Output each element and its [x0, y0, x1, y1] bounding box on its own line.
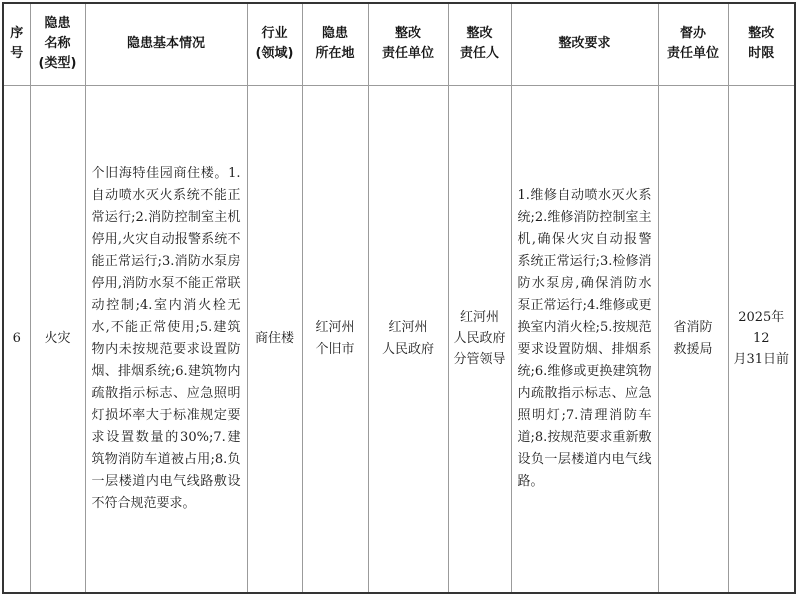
cell-hazard-location: 红河州 个旧市: [302, 85, 368, 593]
cell-serial-number: 6: [3, 85, 30, 593]
header-industry-field: 行业 (领域): [247, 3, 302, 85]
hazard-rectification-table: 序 号 隐患 名称 (类型) 隐患基本情况 行业 (领域) 隐患 所在地 整改 …: [2, 2, 796, 594]
cell-supervision-unit: 省消防 救援局: [658, 85, 728, 593]
document-page: 序 号 隐患 名称 (类型) 隐患基本情况 行业 (领域) 隐患 所在地 整改 …: [0, 0, 800, 600]
header-rectification-requirements: 整改要求: [511, 3, 658, 85]
header-hazard-location: 隐患 所在地: [302, 3, 368, 85]
header-rectification-responsible-unit: 整改 责任单位: [368, 3, 448, 85]
header-rectification-responsible-person: 整改 责任人: [448, 3, 511, 85]
cell-industry-field: 商住楼: [247, 85, 302, 593]
cell-rectification-requirements: 1.维修自动喷水灭火系统;2.维修消防控制室主机,确保火灾自动报警系统正常运行;…: [511, 85, 658, 593]
header-serial-number: 序 号: [3, 3, 30, 85]
header-rectification-deadline: 整改 时限: [728, 3, 795, 85]
cell-hazard-type: 火灾: [30, 85, 85, 593]
cell-responsible-person: 红河州 人民政府 分管领导: [448, 85, 511, 593]
cell-hazard-basic-situation: 个旧海特佳园商住楼。1.自动喷水灭火系统不能正常运行;2.消防控制室主机停用,火…: [85, 85, 247, 593]
table-row: 6 火灾 个旧海特佳园商住楼。1.自动喷水灭火系统不能正常运行;2.消防控制室主…: [3, 85, 795, 593]
header-hazard-basic-situation: 隐患基本情况: [85, 3, 247, 85]
cell-responsible-unit: 红河州 人民政府: [368, 85, 448, 593]
cell-rectification-deadline: 2025年12 月31日前: [728, 85, 795, 593]
header-hazard-name-type: 隐患 名称 (类型): [30, 3, 85, 85]
table-header-row: 序 号 隐患 名称 (类型) 隐患基本情况 行业 (领域) 隐患 所在地 整改 …: [3, 3, 795, 85]
header-supervision-responsible-unit: 督办 责任单位: [658, 3, 728, 85]
